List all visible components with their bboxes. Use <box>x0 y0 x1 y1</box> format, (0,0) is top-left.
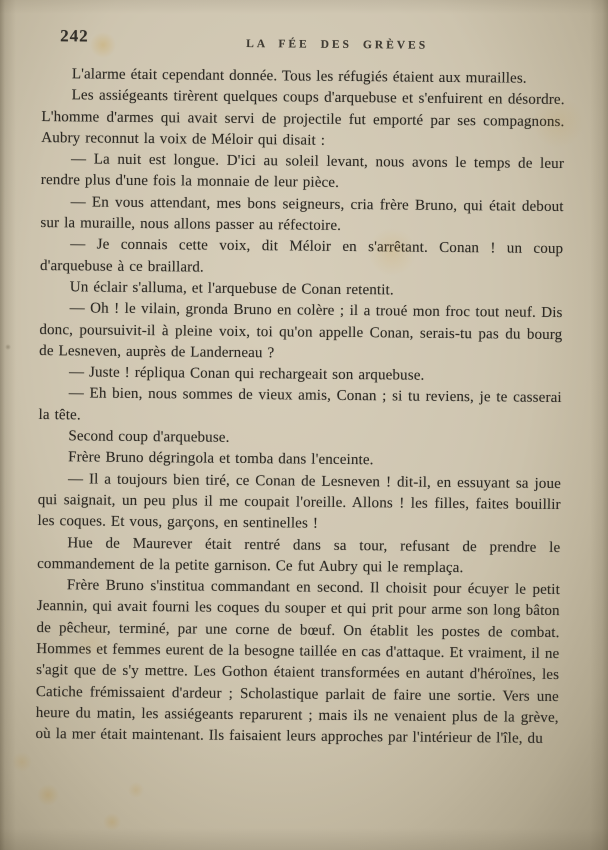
paragraph: — Je connais cette voix, dit Méloir en s… <box>40 234 563 282</box>
paragraph: — La nuit est longue. D'ici au soleil le… <box>41 149 564 197</box>
paragraph: Hue de Maurever était rentré dans sa tou… <box>37 533 560 581</box>
paragraph: Les assiégeants tirèrent quelques coups … <box>41 85 565 154</box>
paragraph: Frère Bruno s'institua commandant en sec… <box>35 575 560 750</box>
paragraph: — Eh bien, nous sommes de vieux amis, Co… <box>38 383 561 431</box>
paragraph: — Oh ! le vilain, gronda Bruno en colère… <box>39 298 563 367</box>
paper-background: 242 LA FÉE DES GRÈVES L'alarme était cep… <box>0 0 608 850</box>
body-text: L'alarme était cependant donnée. Tous le… <box>35 64 565 750</box>
paragraph: — En vous attendant, mes bons seigneurs,… <box>40 192 563 240</box>
page-content: 242 LA FÉE DES GRÈVES L'alarme était cep… <box>0 0 608 850</box>
page-number: 242 <box>60 26 89 46</box>
running-title: LA FÉE DES GRÈVES <box>246 38 428 52</box>
paragraph: — Il a toujours bien tiré, ce Conan de L… <box>37 469 561 538</box>
scanned-book-page: { "page": { "page_number": "242", "runni… <box>0 0 608 850</box>
